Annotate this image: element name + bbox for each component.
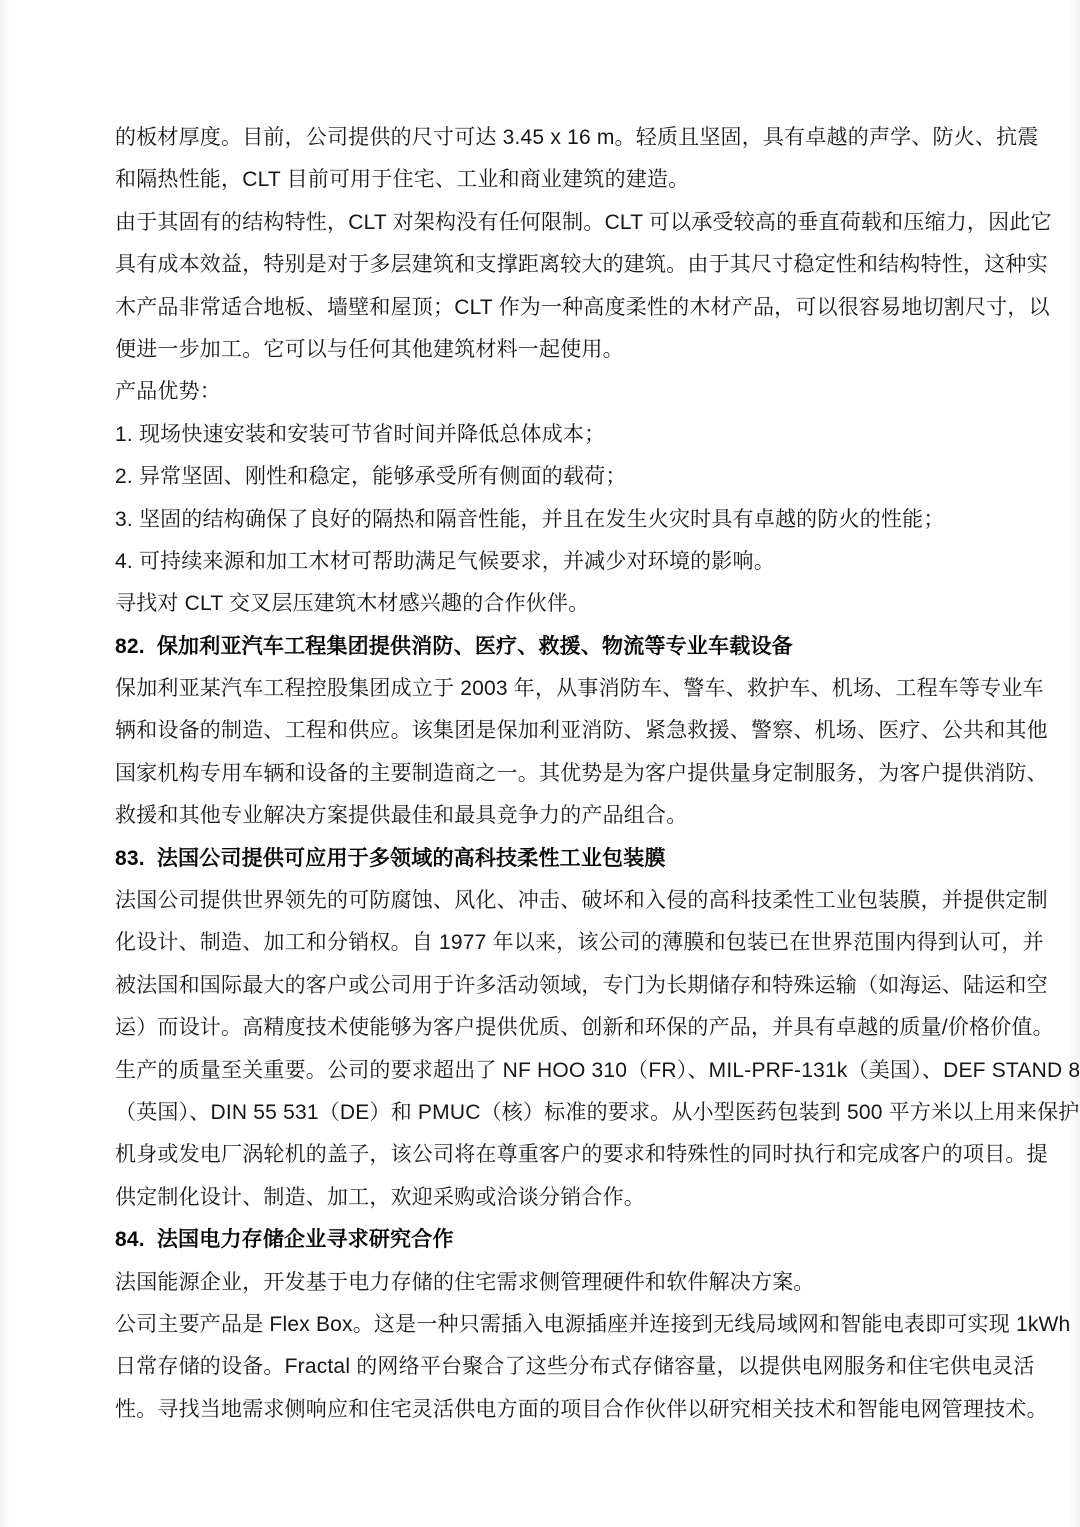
section-heading-83: 83. 法国公司提供可应用于多领域的高科技柔性工业包装膜 [115,838,1080,880]
text-line: 的板材厚度。目前，公司提供的尺寸可达 3.45 x 16 m。轻质且坚固，具有卓… [115,117,1080,159]
text-line: 性。寻找当地需求侧响应和住宅灵活供电方面的项目合作伙伴以研究相关技术和智能电网管… [115,1389,1080,1431]
document-page: 的板材厚度。目前，公司提供的尺寸可达 3.45 x 16 m。轻质且坚固，具有卓… [115,117,1080,1431]
text-line: 产品优势： [115,371,1080,413]
text-line: （英国）、DIN 55 531（DE）和 PMUC（核）标准的要求。从小型医药包… [115,1092,1080,1134]
text-line: 寻找对 CLT 交叉层压建筑木材感兴趣的合作伙伴。 [115,583,1080,625]
text-line: 化设计、制造、加工和分销权。自 1977 年以来，该公司的薄膜和包装已在世界范围… [115,922,1080,964]
section-heading-82: 82. 保加利亚汽车工程集团提供消防、医疗、救援、物流等专业车载设备 [115,626,1080,668]
text-line: 便进一步加工。它可以与任何其他建筑材料一起使用。 [115,329,1080,371]
text-line: 保加利亚某汽车工程控股集团成立于 2003 年，从事消防车、警车、救护车、机场、… [115,668,1080,710]
text-line: 生产的质量至关重要。公司的要求超出了 NF HOO 310（FR）、MIL-PR… [115,1050,1080,1092]
text-line: 法国能源企业，开发基于电力存储的住宅需求侧管理硬件和软件解决方案。 [115,1262,1080,1304]
list-item-1: 1. 现场快速安装和安装可节省时间并降低总体成本； [115,414,1080,456]
list-item-3: 3. 坚固的结构确保了良好的隔热和隔音性能，并且在发生火灾时具有卓越的防火的性能… [115,499,1080,541]
text-line: 由于其固有的结构特性，CLT 对架构没有任何限制。CLT 可以承受较高的垂直荷载… [115,202,1080,244]
text-line: 日常存储的设备。Fractal 的网络平台聚合了这些分布式存储容量，以提供电网服… [115,1346,1080,1388]
list-item-2: 2. 异常坚固、刚性和稳定，能够承受所有侧面的载荷； [115,456,1080,498]
text-line: 法国公司提供世界领先的可防腐蚀、风化、冲击、破坏和入侵的高科技柔性工业包装膜，并… [115,880,1080,922]
text-line: 运）而设计。高精度技术使能够为客户提供优质、创新和环保的产品，并具有卓越的质量/… [115,1007,1080,1049]
text-line: 木产品非常适合地板、墙壁和屋顶；CLT 作为一种高度柔性的木材产品，可以很容易地… [115,287,1080,329]
text-line: 机身或发电厂涡轮机的盖子，该公司将在尊重客户的要求和特殊性的同时执行和完成客户的… [115,1134,1080,1176]
text-line: 救援和其他专业解决方案提供最佳和最具竞争力的产品组合。 [115,795,1080,837]
text-line: 公司主要产品是 Flex Box。这是一种只需插入电源插座并连接到无线局域网和智… [115,1304,1080,1346]
text-line: 辆和设备的制造、工程和供应。该集团是保加利亚消防、紧急救援、警察、机场、医疗、公… [115,710,1080,752]
section-heading-84: 84. 法国电力存储企业寻求研究合作 [115,1219,1080,1261]
list-item-4: 4. 可持续来源和加工木材可帮助满足气候要求，并减少对环境的影响。 [115,541,1080,583]
text-line: 具有成本效益，特别是对于多层建筑和支撑距离较大的建筑。由于其尺寸稳定性和结构特性… [115,244,1080,286]
text-line: 供定制化设计、制造、加工，欢迎采购或洽谈分销合作。 [115,1177,1080,1219]
text-line: 和隔热性能，CLT 目前可用于住宅、工业和商业建筑的建造。 [115,159,1080,201]
text-line: 国家机构专用车辆和设备的主要制造商之一。其优势是为客户提供量身定制服务，为客户提… [115,753,1080,795]
text-line: 被法国和国际最大的客户或公司用于许多活动领域，专门为长期储存和特殊运输（如海运、… [115,965,1080,1007]
